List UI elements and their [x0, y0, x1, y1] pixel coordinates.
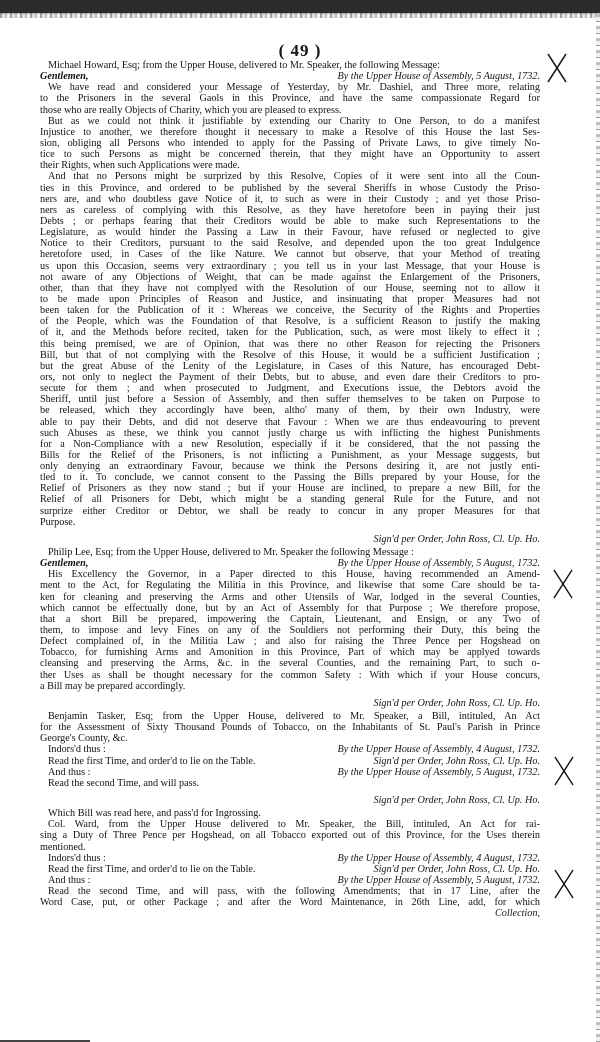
- text-line: Sheriff, until just before a Session of …: [40, 394, 540, 405]
- text-line: ment to the Act, for Regulating the Mili…: [40, 580, 540, 591]
- text-line: ners as careless of complying with this …: [40, 205, 540, 216]
- margin-x-mark: [546, 52, 568, 84]
- text-line: Purpose.: [40, 517, 540, 528]
- text-line: And that no Persons might be surprized b…: [40, 171, 540, 182]
- text-line: Benjamin Tasker, Esq; from the Upper Hou…: [40, 711, 540, 722]
- message-howard: Michael Howard, Esq; from the Upper Hous…: [40, 60, 540, 528]
- text-line: secute for them ; and when prosecuted to…: [40, 383, 540, 394]
- scan-top-fringe: [0, 13, 600, 18]
- text-line: Defect complained of, in the Militia Law…: [40, 636, 540, 647]
- text-line: able to pay their Debts, and did not des…: [40, 417, 540, 428]
- scan-right-edge: [596, 14, 600, 1042]
- text-line: only denying an extraordinary Favour, be…: [40, 461, 540, 472]
- text-line: cleansing and preserving the Arms, &c. i…: [40, 658, 540, 669]
- message-lee: Philip Lee, Esq; from the Upper House, d…: [40, 547, 540, 692]
- bill-ward: Which Bill was read here, and pass'd for…: [40, 808, 540, 908]
- text-line: sion, obliging all Persons who intended …: [40, 138, 540, 149]
- text-line: sing a Duty of Three Pence per Hogshead,…: [40, 830, 540, 841]
- text-line: them, to impose and levy Fines on any of…: [40, 625, 540, 636]
- line-left: Gentlemen,: [40, 558, 88, 569]
- text-line: tice to such Persons as might be concern…: [40, 149, 540, 160]
- page-number: ( 49 ): [0, 41, 600, 61]
- text-line: We have read and considered your Message…: [40, 82, 540, 93]
- text-line-split: And thus :By the Upper House of Assembly…: [40, 875, 540, 886]
- text-line: ties in this Province, and ordered to be…: [40, 183, 540, 194]
- signature-howard: Sign'd per Order, John Ross, Cl. Up. Ho.: [40, 534, 540, 545]
- text-line: ken for cleaning and preserving the Arms…: [40, 592, 540, 603]
- line-right-dateline: By the Upper House of Assembly, 5 August…: [337, 71, 540, 82]
- margin-x-mark: [553, 755, 575, 787]
- text-line: Read the second Time, and will pass.: [40, 778, 540, 789]
- text-line: Michael Howard, Esq; from the Upper Hous…: [40, 60, 540, 71]
- text-line: to be made upon Principles of Reason and…: [40, 294, 540, 305]
- signature-lee: Sign'd per Order, John Ross, Cl. Up. Ho.: [40, 698, 540, 709]
- line-left: Indors'd thus :: [48, 853, 106, 864]
- text-line: their Rights, when such Applications wer…: [40, 160, 540, 171]
- text-line: those who are really Objects of Charity,…: [40, 105, 540, 116]
- text-line-split: Indors'd thus :By the Upper House of Ass…: [40, 744, 540, 755]
- text-line: But as we could not think it justifiable…: [40, 116, 540, 127]
- line-left: Read the first Time, and order'd to lie …: [48, 864, 255, 875]
- text-line: been taken for the Publication of it : W…: [40, 305, 540, 316]
- text-line-split: Read the first Time, and order'd to lie …: [40, 864, 540, 875]
- text-line: us upon this Occasion, seems very extrao…: [40, 261, 540, 272]
- signature-tasker: Sign'd per Order, John Ross, Cl. Up. Ho.: [40, 795, 540, 806]
- text-line: a Bill may be prepared accordingly.: [40, 681, 540, 692]
- line-right-dateline: By the Upper House of Assembly, 5 August…: [337, 875, 540, 886]
- margin-x-mark: [553, 868, 575, 900]
- text-line: George's County, &c.: [40, 733, 540, 744]
- text-line: ners are, and who doubtless gave Notice …: [40, 194, 540, 205]
- bill-tasker: Benjamin Tasker, Esq; from the Upper Hou…: [40, 711, 540, 789]
- text-line: of it, and the Methods before recited, t…: [40, 327, 540, 338]
- text-line: Bills for the Relief of the Prisoners, i…: [40, 450, 540, 461]
- text-line: Notice to their Creditors, pursuant to t…: [40, 238, 540, 249]
- text-line: ther Uses as shall be thought necessary …: [40, 670, 540, 681]
- text-line-split: Gentlemen,By the Upper House of Assembly…: [40, 71, 540, 82]
- text-line-split: Read the first Time, and order'd to lie …: [40, 756, 540, 767]
- text-line: Relief of Prisoners as they now stand ; …: [40, 483, 540, 494]
- text-line: ors, not only to neglect the Payment of …: [40, 372, 540, 383]
- text-line: to the Prisoners in the several Gaols in…: [40, 93, 540, 104]
- text-line: Injustice to another, we therefore thoug…: [40, 127, 540, 138]
- text-line: other, than that they have not complyed …: [40, 283, 540, 294]
- catchword: Collection,: [40, 908, 540, 919]
- text-line: Bill, but that of not complying with the…: [40, 350, 540, 361]
- text-line-split: And thus :By the Upper House of Assembly…: [40, 767, 540, 778]
- line-left: Gentlemen,: [40, 71, 88, 82]
- text-line: mentioned.: [40, 842, 540, 853]
- text-line: Tobacco, for furnishing Arms and Amoniti…: [40, 647, 540, 658]
- text-line-split: Indors'd thus :By the Upper House of Ass…: [40, 853, 540, 864]
- text-line: for the Assessment of Sixty Thousand Pou…: [40, 722, 540, 733]
- text-line: Legislature, as would hinder the Passing…: [40, 227, 540, 238]
- text-line: His Excellency the Governor, in a Paper …: [40, 569, 540, 580]
- line-right-dateline: By the Upper House of Assembly, 5 August…: [337, 558, 540, 569]
- text-line: surprize either Creditor or Debtor, we s…: [40, 506, 540, 517]
- line-left: And thus :: [48, 767, 90, 778]
- text-line-split: Gentlemen,By the Upper House of Assembly…: [40, 558, 540, 569]
- line-right-dateline: By the Upper House of Assembly, 4 August…: [337, 853, 540, 864]
- margin-x-mark: [552, 568, 574, 600]
- text-line: Philip Lee, Esq; from the Upper House, d…: [40, 547, 540, 558]
- text-line: Debts ; or perhaps fearing that their Cr…: [40, 216, 540, 227]
- text-line: for a Non-Compliance with a new Resoluti…: [40, 439, 540, 450]
- line-right-dateline: Sign'd per Order, John Ross, Cl. Up. Ho.: [374, 864, 541, 875]
- page-body: Michael Howard, Esq; from the Upper Hous…: [40, 60, 540, 920]
- line-right-dateline: By the Upper House of Assembly, 5 August…: [337, 767, 540, 778]
- text-line: Which Bill was read here, and pass'd for…: [40, 808, 540, 819]
- line-left: Indors'd thus :: [48, 744, 106, 755]
- text-line: be released, which they accordingly have…: [40, 405, 540, 416]
- text-line: this being premised, we are of Opinion, …: [40, 339, 540, 350]
- line-left: Read the first Time, and order'd to lie …: [48, 756, 255, 767]
- text-line: heretofore used, in Cases of the like Na…: [40, 249, 540, 260]
- scan-top-border: [0, 0, 600, 14]
- line-right-dateline: By the Upper House of Assembly, 4 August…: [337, 744, 540, 755]
- text-line: tled to it. To conclude, we cannot conse…: [40, 472, 540, 483]
- line-right-dateline: Sign'd per Order, John Ross, Cl. Up. Ho.: [374, 756, 541, 767]
- text-line: Col. Ward, from the Upper House delivere…: [40, 819, 540, 830]
- text-line: which cannot be effectually done, but by…: [40, 603, 540, 614]
- text-line: that a short Bill be prepared, impowerin…: [40, 614, 540, 625]
- text-line: Relief of all Prisoners for Debt, which …: [40, 494, 540, 505]
- line-left: And thus :: [48, 875, 90, 886]
- text-line: such Abuses as these, we think you canno…: [40, 428, 540, 439]
- text-line: Word Case, put, or other Package ; and a…: [40, 897, 540, 908]
- text-line: but the great Abuse of the Lenity of the…: [40, 361, 540, 372]
- text-line: Read the second Time, and will pass, wit…: [40, 886, 540, 897]
- text-line: not aware of any Objections of Weight, t…: [40, 272, 540, 283]
- text-line: of the People, which was the Foundation …: [40, 316, 540, 327]
